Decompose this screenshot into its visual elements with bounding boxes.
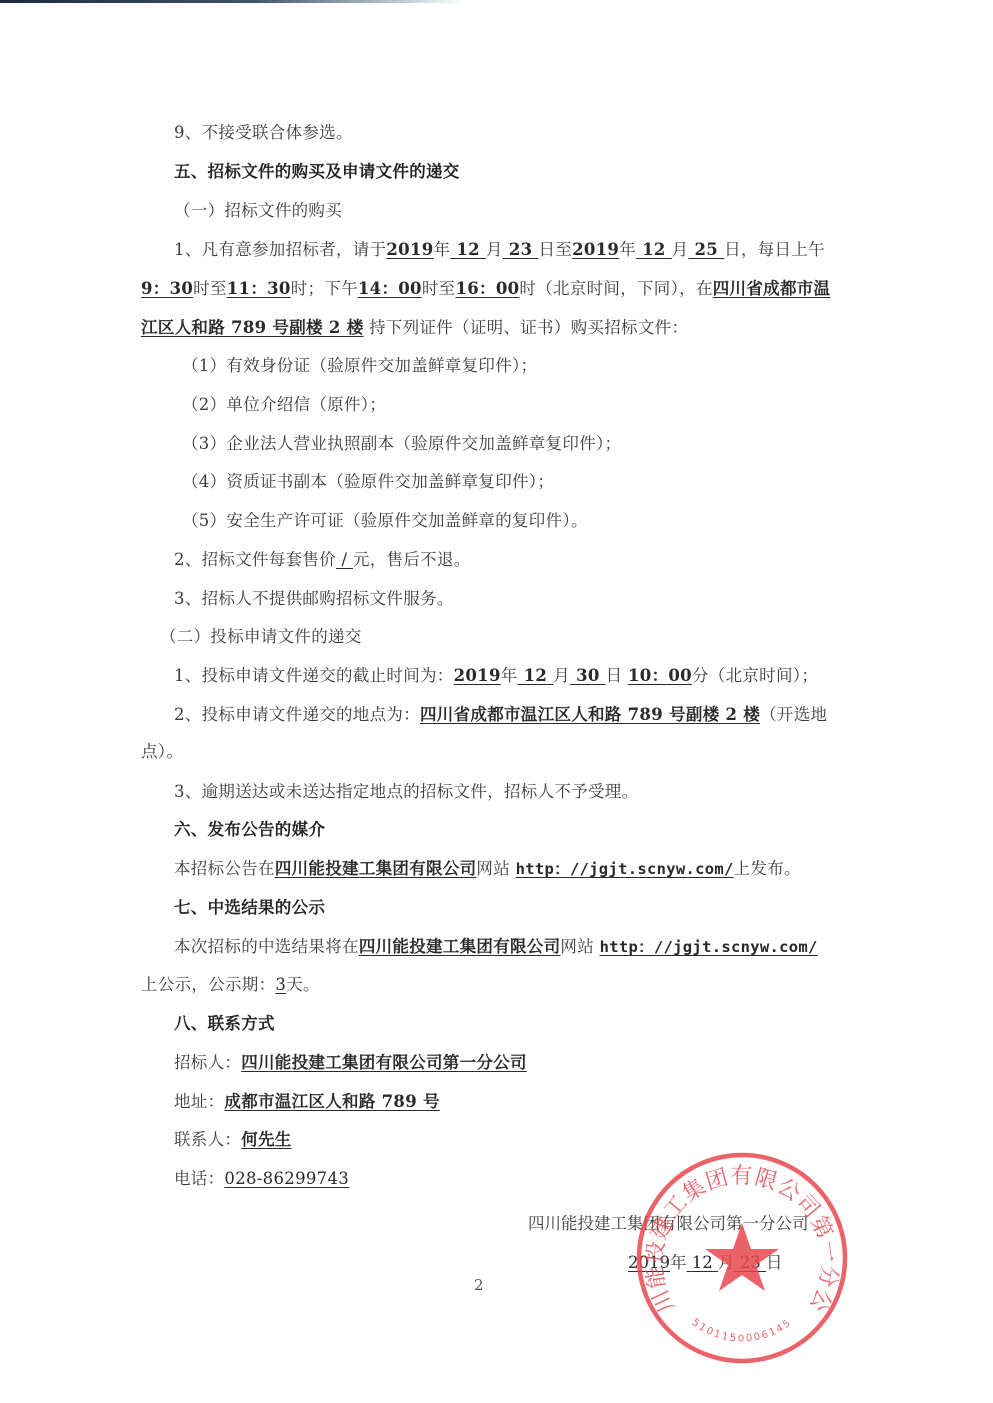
result-paragraph-line1: 本次招标的中选结果将在四川能投建工集团有限公司网站 http：//jgjt.sc… [174, 936, 874, 958]
section-8-heading: 八、联系方式 [174, 1013, 874, 1035]
am-end: 11：30 [227, 279, 291, 298]
end-day: 25 [688, 240, 724, 259]
required-doc-3: （3）企业法人营业执照副本（验原件交加盖鲜章复印件）； [182, 433, 882, 455]
signature-company: 四川能投建工集团有限公司第一分公司 [528, 1210, 809, 1234]
item-9: 9、不接受联合体参选。 [174, 122, 874, 144]
tenderer-row: 招标人：四川能投建工集团有限公司第一分公司 [174, 1052, 874, 1074]
pm-end: 16：00 [455, 279, 519, 298]
am-start: 9：30 [141, 279, 193, 298]
result-paragraph-line2: 上公示，公示期：3天。 [141, 974, 841, 996]
pm-start: 14：00 [358, 279, 422, 298]
publish-url-link[interactable]: http：//jgjt.scnyw.com/ [516, 860, 734, 878]
section-6-heading: 六、发布公告的媒介 [174, 819, 874, 841]
document-page: 9、不接受联合体参选。 五、招标文件的购买及申请文件的递交 （一）招标文件的购买… [0, 0, 993, 1403]
result-url-link[interactable]: http：//jgjt.scnyw.com/ [600, 938, 818, 956]
deadline-paragraph: 1、投标申请文件递交的截止时间为：2019年 12 月 30 日 10：00分（… [174, 665, 874, 687]
late-submission: 3、逾期送达或未送达指定地点的招标文件，招标人不予受理。 [174, 781, 874, 803]
section-5-heading: 五、招标文件的购买及申请文件的递交 [174, 161, 874, 183]
submission-location-line2: 点）。 [141, 741, 841, 763]
end-month: 12 [636, 240, 672, 259]
signature-date: 2019年 12 月 23 日 [628, 1249, 783, 1273]
contact-row: 联系人：何先生 [174, 1129, 874, 1151]
purchase-paragraph-line1: 1、凡有意参加招标者，请于2019年 12 月 23 日至2019年 12 月 … [174, 239, 874, 261]
address-value: 成都市温江区人和路 789 号 [224, 1092, 439, 1111]
purchase-paragraph-line3: 江区人和路 789 号副楼 2 楼 持下列证件（证明、证书）购买招标文件： [141, 317, 841, 339]
publish-paragraph: 本招标公告在四川能投建工集团有限公司网站 http：//jgjt.scnyw.c… [174, 858, 874, 880]
phone-value: 028-86299743 [224, 1169, 349, 1188]
required-doc-1: （1）有效身份证（验原件交加盖鲜章复印件）； [182, 355, 882, 377]
required-doc-4: （4）资质证书副本（验原件交加盖鲜章复印件）； [182, 471, 882, 493]
start-year: 2019 [386, 240, 433, 259]
publicity-period: 3 [275, 975, 286, 994]
start-day: 23 [503, 240, 539, 259]
price-paragraph: 2、招标文件每套售价 / 元，售后不退。 [174, 549, 874, 571]
phone-row: 电话：028-86299743 [174, 1168, 874, 1190]
deadline-day: 30 [570, 666, 606, 685]
deadline-year: 2019 [454, 666, 501, 685]
purchase-paragraph-line2: 9：30时至11：30时；下午14：00时至16：00时（北京时间，下同），在四… [141, 278, 841, 300]
result-company: 四川能投建工集团有限公司 [359, 937, 561, 956]
price-value: / [336, 550, 353, 569]
start-month: 12 [450, 240, 486, 259]
subsection-2-heading: （二）投标申请文件的递交 [160, 626, 860, 648]
publisher-company: 四川能投建工集团有限公司 [275, 859, 477, 878]
subsection-1-heading: （一）招标文件的购买 [174, 200, 874, 222]
submission-location: 四川省成都市温江区人和路 789 号副楼 2 楼 [420, 705, 760, 724]
deadline-time: 10：00 [628, 666, 692, 685]
contact-value: 何先生 [241, 1130, 291, 1149]
end-year: 2019 [572, 240, 619, 259]
address-row: 地址：成都市温江区人和路 789 号 [174, 1091, 874, 1113]
no-mail-order: 3、招标人不提供邮购招标文件服务。 [174, 588, 874, 610]
deadline-month: 12 [518, 666, 554, 685]
submission-location-line1: 2、投标申请文件递交的地点为：四川省成都市温江区人和路 789 号副楼 2 楼（… [174, 704, 874, 726]
purchase-location-part2: 江区人和路 789 号副楼 2 楼 [141, 318, 364, 337]
page-number: 2 [474, 1276, 484, 1294]
required-doc-2: （2）单位介绍信（原件）； [182, 394, 882, 416]
required-doc-5: （5）安全生产许可证（验原件交加盖鲜章的复印件）。 [182, 510, 882, 532]
svg-text:5101150006145: 5101150006145 [690, 1317, 795, 1344]
purchase-location-part1: 四川省成都市温 [713, 279, 831, 298]
tenderer-value: 四川能投建工集团有限公司第一分公司 [241, 1053, 527, 1072]
section-7-heading: 七、中选结果的公示 [174, 897, 874, 919]
